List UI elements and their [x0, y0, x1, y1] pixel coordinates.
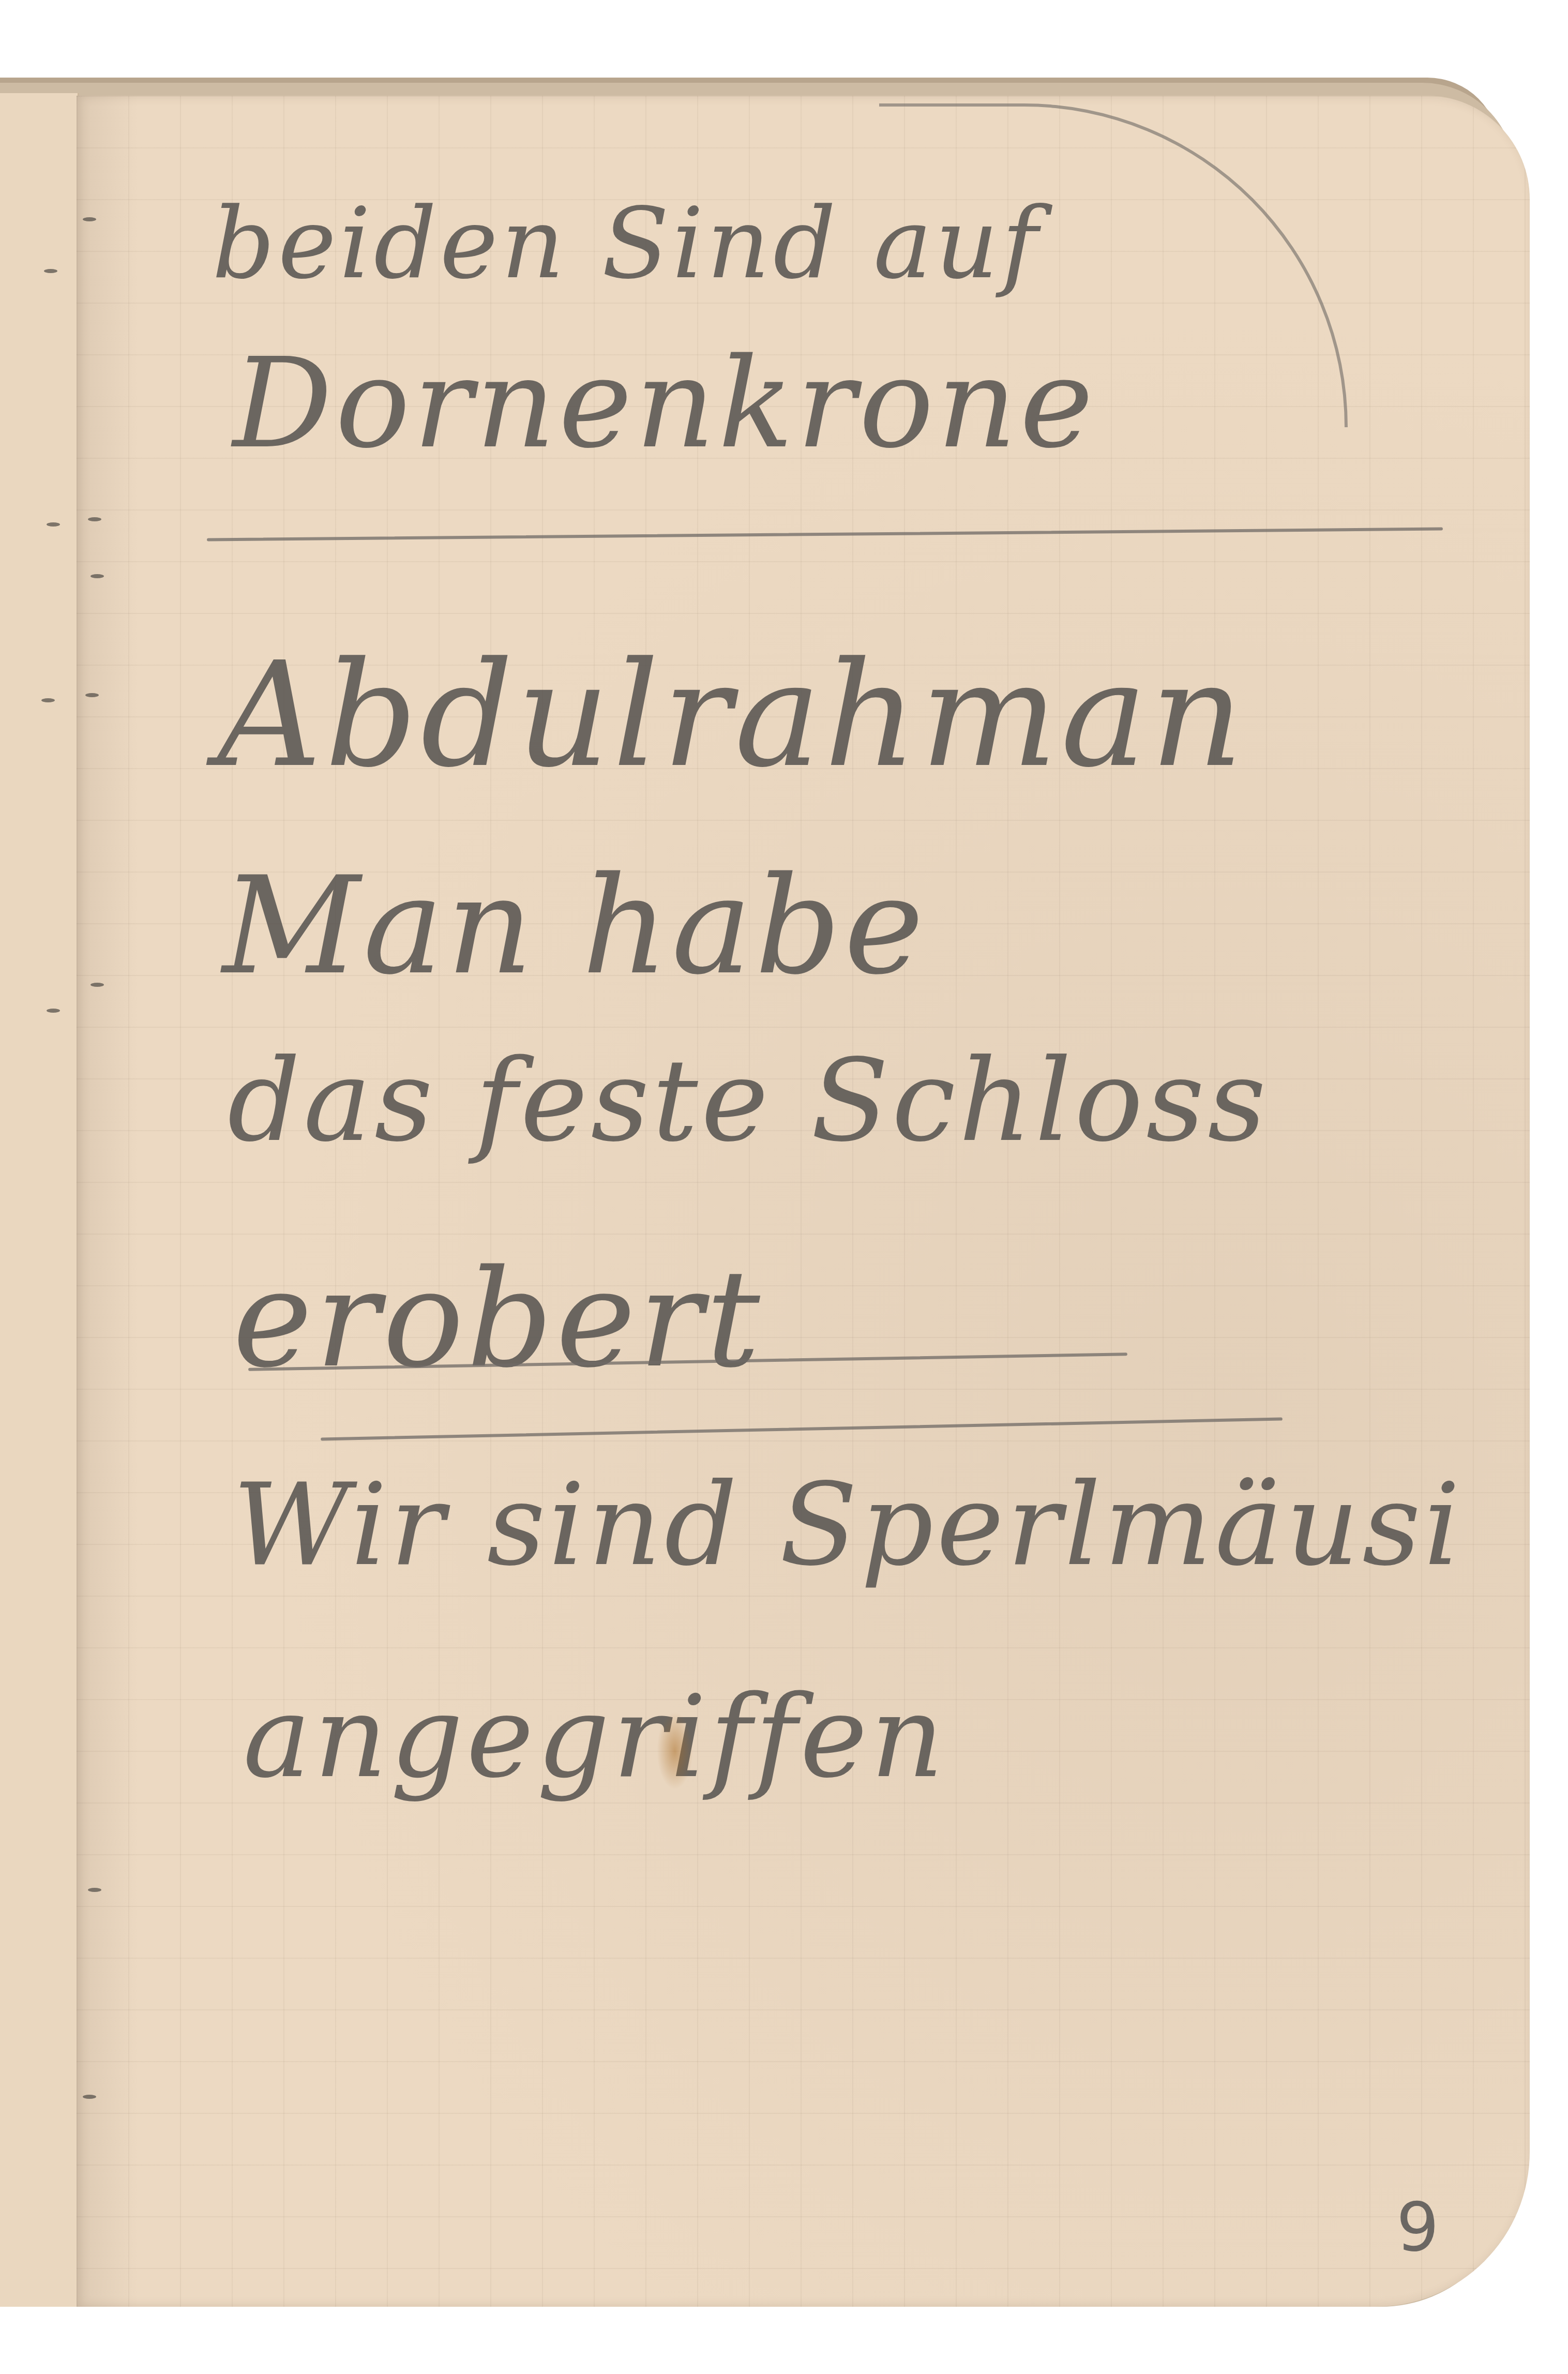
handwritten-line-7: Wir sind Sperlmäusi: [233, 1459, 1463, 1591]
gutter-pencil-mark: [83, 2095, 96, 2099]
handwritten-line-8: angegriffen: [243, 1671, 947, 1803]
handwritten-line-4: Man habe: [222, 848, 927, 1004]
gutter-pencil-mark: [47, 522, 60, 527]
handwritten-line-5: das feste Schloss: [228, 1034, 1269, 1167]
gutter-pencil-mark: [88, 1888, 101, 1892]
paper-stain: [657, 1712, 693, 1790]
handwritten-line-1: beiden Sind auf: [212, 186, 1041, 300]
gutter-pencil-mark: [91, 983, 104, 987]
gutter-pencil-mark: [41, 698, 55, 702]
gutter-pencil-mark: [44, 269, 57, 273]
gutter-pencil-mark: [85, 693, 99, 697]
gutter-pencil-mark: [83, 217, 96, 221]
handwritten-line-2: Dornenkrone: [233, 331, 1096, 476]
gutter-pencil-mark: [47, 1009, 60, 1013]
gutter-pencil-mark: [88, 517, 101, 521]
handwritten-line-6: erobert: [233, 1241, 763, 1398]
page-number: 9: [1396, 2188, 1439, 2266]
left-facing-page-edge: [0, 93, 79, 2307]
gutter-pencil-mark: [91, 574, 104, 578]
handwritten-line-3: Abdulrahman: [217, 631, 1246, 800]
